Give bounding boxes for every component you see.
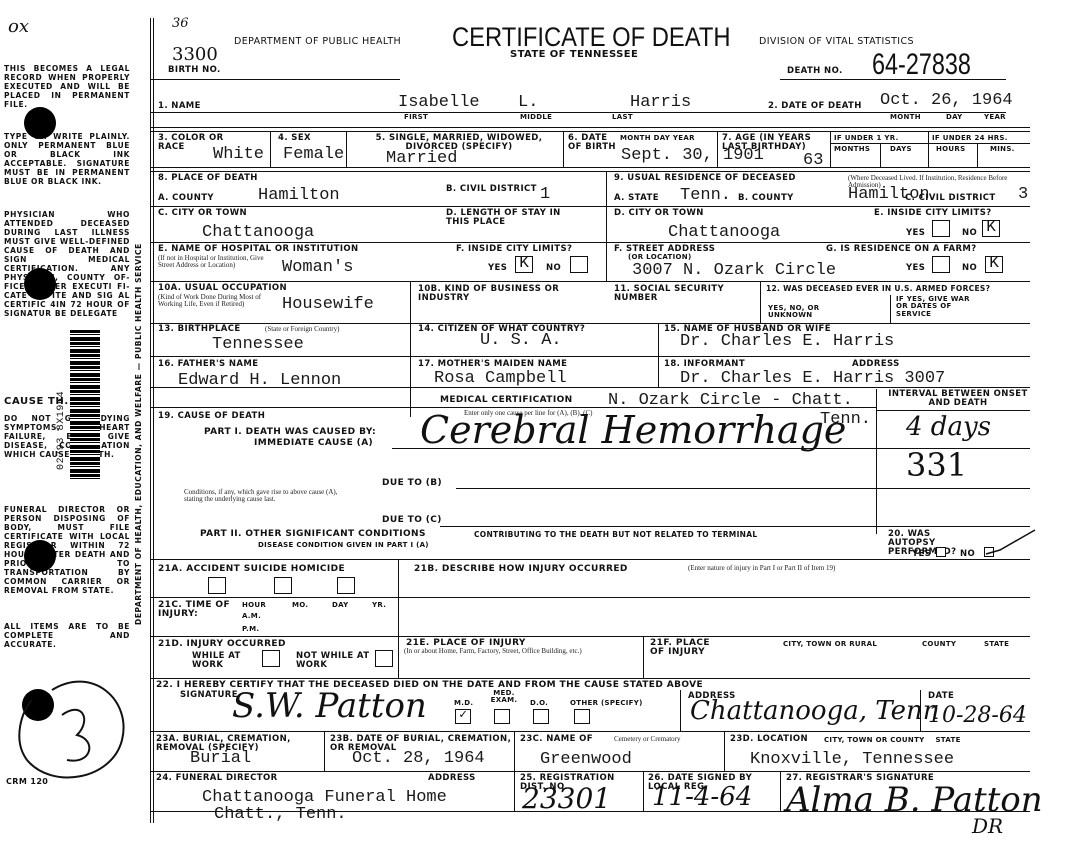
dob-label: 6. DATE OF BIRTH: [568, 134, 616, 152]
date-of-death-value: Oct. 26, 1964: [880, 92, 1013, 109]
citizen-value: U. S. A.: [480, 332, 562, 349]
place-of-death-label: 8. PLACE OF DEATH: [158, 174, 258, 183]
med-exam-checkbox[interactable]: [494, 709, 510, 724]
residence-street: 3007 N. Ozark Circle: [632, 262, 836, 279]
funeral-director: Chattanooga Funeral Home: [202, 789, 447, 806]
date-of-death-label: 2. DATE OF DEATH: [768, 102, 862, 111]
race-value: White: [213, 146, 264, 163]
interval-code: 331: [906, 446, 967, 484]
form-number: CRM 120: [6, 778, 48, 786]
cause-notice: DO NOT GIVE DYING SYMPTOMS, HEART FAILUR…: [4, 414, 130, 459]
date-signed: 11-4-64: [652, 782, 752, 812]
suicide-checkbox[interactable]: [274, 577, 292, 594]
vertical-department: DEPARTMENT OF HEALTH, EDUCATION, AND WEL…: [134, 243, 143, 625]
certify-date: 10-28-64: [928, 703, 1027, 728]
department-name: DEPARTMENT OF PUBLIC HEALTH: [234, 37, 401, 47]
homicide-checkbox[interactable]: [337, 577, 355, 594]
form-border-left: [150, 18, 151, 823]
registrar-signature: Alma B. Patton: [786, 780, 1043, 820]
death-inside-yes-checkbox[interactable]: K: [515, 256, 533, 273]
division-name: DIVISION OF VITAL STATISTICS: [759, 37, 914, 47]
death-county: Hamilton: [258, 187, 340, 204]
marital-value: Married: [386, 150, 457, 167]
residence-label: 9. USUAL RESIDENCE OF DECEASED: [614, 174, 796, 183]
barcode-text: 02793 8X1964: [56, 391, 67, 470]
name-middle: L.: [518, 94, 538, 111]
death-inside-no-checkbox[interactable]: [570, 256, 588, 273]
birth-no-label: BIRTH NO.: [168, 66, 221, 75]
punch-hole: [24, 540, 56, 572]
accident-checkbox[interactable]: [208, 577, 226, 594]
spouse-value: Dr. Charles E. Harris: [680, 333, 894, 350]
birth-no-value: 3300: [172, 44, 218, 65]
other-checkbox[interactable]: [574, 709, 590, 724]
disposition-location: Knoxville, Tennessee: [750, 751, 954, 768]
residence-city: Chattanooga: [668, 224, 780, 241]
age-label: 7. AGE (IN YEARS LAST BIRTHDAY): [722, 134, 830, 152]
cause-heading: CAUSE TH.: [4, 396, 130, 408]
mother-value: Rosa Campbell: [434, 370, 567, 387]
punch-hole: [24, 107, 56, 139]
medical-certification-heading: MEDICAL CERTIFICATION: [440, 396, 573, 405]
not-while-at-work-checkbox[interactable]: [375, 650, 393, 667]
residence-inside-yes-checkbox[interactable]: [932, 220, 950, 237]
sex-value: Female: [283, 146, 344, 163]
manner-label: 21A. ACCIDENT SUICIDE HOMICIDE: [158, 565, 345, 574]
corner-note: ox: [8, 16, 29, 37]
state-name: STATE OF TENNESSEE: [510, 50, 638, 61]
cemetery-name: Greenwood: [540, 751, 632, 768]
residence-state: Tenn.: [680, 187, 731, 204]
residence-district: 3: [1018, 186, 1028, 203]
informant-value: Dr. Charles E. Harris 3007: [680, 370, 945, 387]
occupation-value: Housewife: [282, 296, 374, 313]
barcode: [70, 330, 100, 480]
md-checkbox[interactable]: ✓: [455, 709, 471, 724]
circled-number-mark: [12, 660, 132, 790]
physician-address: Chattanooga, Tenn: [690, 696, 939, 726]
funeral-address: Chatt., Tenn.: [214, 806, 347, 823]
residence-inside-no-checkbox[interactable]: K: [982, 220, 1000, 237]
death-district: 1: [540, 186, 550, 203]
immediate-cause-value: Cerebral Hemorrhage: [420, 408, 846, 452]
name-label: 1. NAME: [158, 102, 201, 111]
do-checkbox[interactable]: [533, 709, 549, 724]
legal-notice: THIS BECOMES A LEGAL RECORD WHEN PROPERL…: [4, 64, 130, 109]
death-city: Chattanooga: [202, 224, 314, 241]
items-notice: ALL ITEMS ARE TO BE COMPLETE AND ACCURAT…: [4, 622, 130, 649]
birth-no-top: 36: [172, 16, 189, 31]
farm-yes-checkbox[interactable]: [932, 256, 950, 273]
name-last: Harris: [630, 94, 691, 111]
physician-notice: PHYSICIAN WHO ATTENDED DECEASED DURING L…: [4, 210, 130, 318]
interval-value: 4 days: [906, 412, 991, 442]
disposition-method: Burial: [190, 750, 251, 767]
while-at-work-checkbox[interactable]: [262, 650, 280, 667]
interval-label: INTERVAL BETWEEN ONSET AND DEATH: [888, 390, 1028, 408]
form-border-left-inner: [153, 18, 154, 823]
physician-signature: S.W. Patton: [232, 686, 427, 726]
autopsy-no-checkmark: [980, 526, 1040, 560]
birthplace-value: Tennessee: [212, 336, 304, 353]
registrar-initials: DR: [972, 814, 1003, 838]
death-no-value: 64-27838: [872, 48, 971, 82]
name-first: Isabelle: [398, 94, 480, 111]
autopsy-yes-checkbox[interactable]: [936, 547, 946, 557]
hospital-value: Woman's: [282, 259, 353, 276]
punch-hole: [24, 268, 56, 300]
farm-no-checkbox[interactable]: K: [985, 256, 1003, 273]
disposition-date: Oct. 28, 1964: [352, 750, 485, 767]
funeral-notice: FUNERAL DIRECTOR OR PERSON DISPOSING OF …: [4, 505, 130, 595]
sex-label: 4. SEX: [278, 134, 311, 143]
death-no-label: DEATH NO.: [787, 67, 843, 76]
ink-notice: TYPE OR WRITE PLAINLY. ONLY PERMANENT BL…: [4, 132, 130, 186]
cause-of-death-label: 19. CAUSE OF DEATH: [158, 412, 265, 421]
